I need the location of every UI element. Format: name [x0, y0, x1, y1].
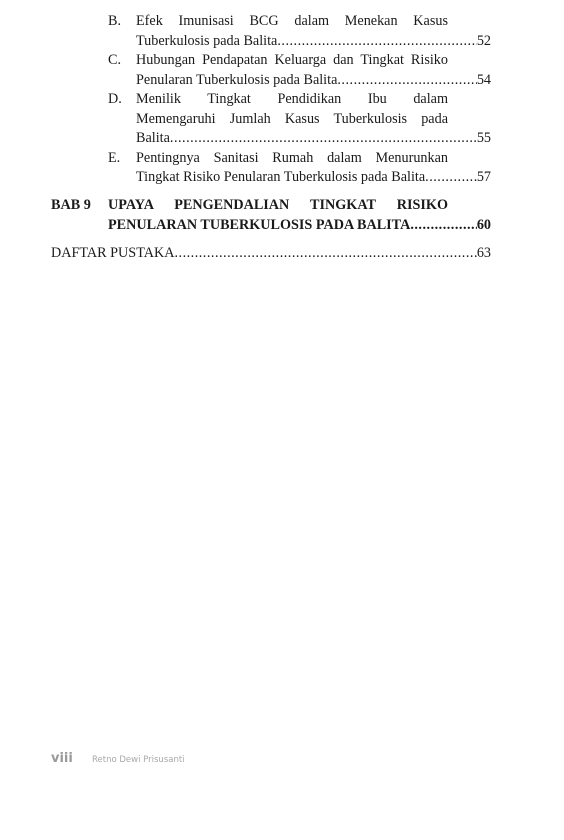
toc-entry-title-line: Efek Imunisasi BCG dalam Menekan Kasus: [136, 12, 448, 32]
toc-entry-letter: E.: [108, 149, 120, 169]
footer-author: Retno Dewi Prisusanti: [92, 755, 185, 765]
dot-leader: [170, 129, 477, 149]
toc-entry-letter: B.: [108, 12, 121, 32]
dot-leader: [277, 32, 476, 52]
toc-entry-c[interactable]: C. Hubungan Pendapatan Keluarga dan Ting…: [108, 51, 491, 90]
toc-entry-letter: C.: [108, 51, 121, 71]
toc-entry-title-line: Menilik Tingkat Pendidikan Ibu dalam: [136, 90, 448, 110]
toc-entry-e[interactable]: E. Pentingnya Sanitasi Rumah dalam Menur…: [108, 149, 491, 188]
chapter-leader-line: PENULARAN TUBERKULOSIS PADA BALITA 60: [108, 215, 491, 235]
toc-entry-title-line: Hubungan Pendapatan Keluarga dan Tingkat…: [136, 51, 448, 71]
chapter-title-line: PENULARAN TUBERKULOSIS PADA BALITA: [108, 215, 410, 235]
toc-page-number: 63: [477, 243, 491, 263]
toc-subsection-list: B. Efek Imunisasi BCG dalam Menekan Kasu…: [108, 12, 491, 188]
dot-leader: [337, 71, 476, 91]
toc-page-number: 55: [477, 129, 491, 149]
toc-page-number: 52: [477, 32, 491, 52]
dot-leader: [410, 215, 476, 235]
toc-entry-title-line: Penularan Tuberkulosis pada Balita: [136, 71, 337, 91]
toc-entry-leader-line: Tuberkulosis pada Balita 52: [136, 32, 491, 52]
toc-page-number: 54: [477, 71, 491, 91]
toc-entry-title-line: Tuberkulosis pada Balita: [136, 32, 277, 52]
chapter-title-line: UPAYA PENGENDALIAN TINGKAT RISIKO: [108, 195, 448, 215]
toc-entry-d[interactable]: D. Menilik Tingkat Pendidikan Ibu dalam …: [108, 90, 491, 149]
chapter-label: BAB 9: [51, 195, 91, 215]
toc-entry-title-line: Tingkat Risiko Penularan Tuberkulosis pa…: [136, 168, 425, 188]
toc-entry-letter: D.: [108, 90, 122, 110]
toc-entry-leader-line: Penularan Tuberkulosis pada Balita 54: [136, 71, 491, 91]
toc-entry-leader-line: Balita 55: [136, 129, 491, 149]
toc-entry-b[interactable]: B. Efek Imunisasi BCG dalam Menekan Kasu…: [108, 12, 491, 51]
daftar-pustaka-label: DAFTAR PUSTAKA: [51, 243, 174, 263]
dot-leader: [174, 243, 476, 263]
daftar-leader-line: DAFTAR PUSTAKA 63: [51, 243, 491, 263]
toc-entry-title-line: Balita: [136, 129, 170, 149]
toc-chapter-bab-9[interactable]: BAB 9 UPAYA PENGENDALIAN TINGKAT RISIKO …: [51, 195, 491, 235]
toc-page-number: 60: [477, 215, 491, 235]
toc-entry-leader-line: Tingkat Risiko Penularan Tuberkulosis pa…: [136, 168, 491, 188]
dot-leader: [425, 168, 477, 188]
page-footer: viii Retno Dewi Prisusanti: [51, 751, 185, 766]
footer-page-number: viii: [51, 751, 92, 766]
toc-page-number: 57: [477, 168, 491, 188]
toc-entry-title-line: Memengaruhi Jumlah Kasus Tuberkulosis pa…: [136, 110, 448, 130]
toc-entry-daftar-pustaka[interactable]: DAFTAR PUSTAKA 63: [51, 243, 491, 263]
toc-entry-title-line: Pentingnya Sanitasi Rumah dalam Menurunk…: [136, 149, 448, 169]
